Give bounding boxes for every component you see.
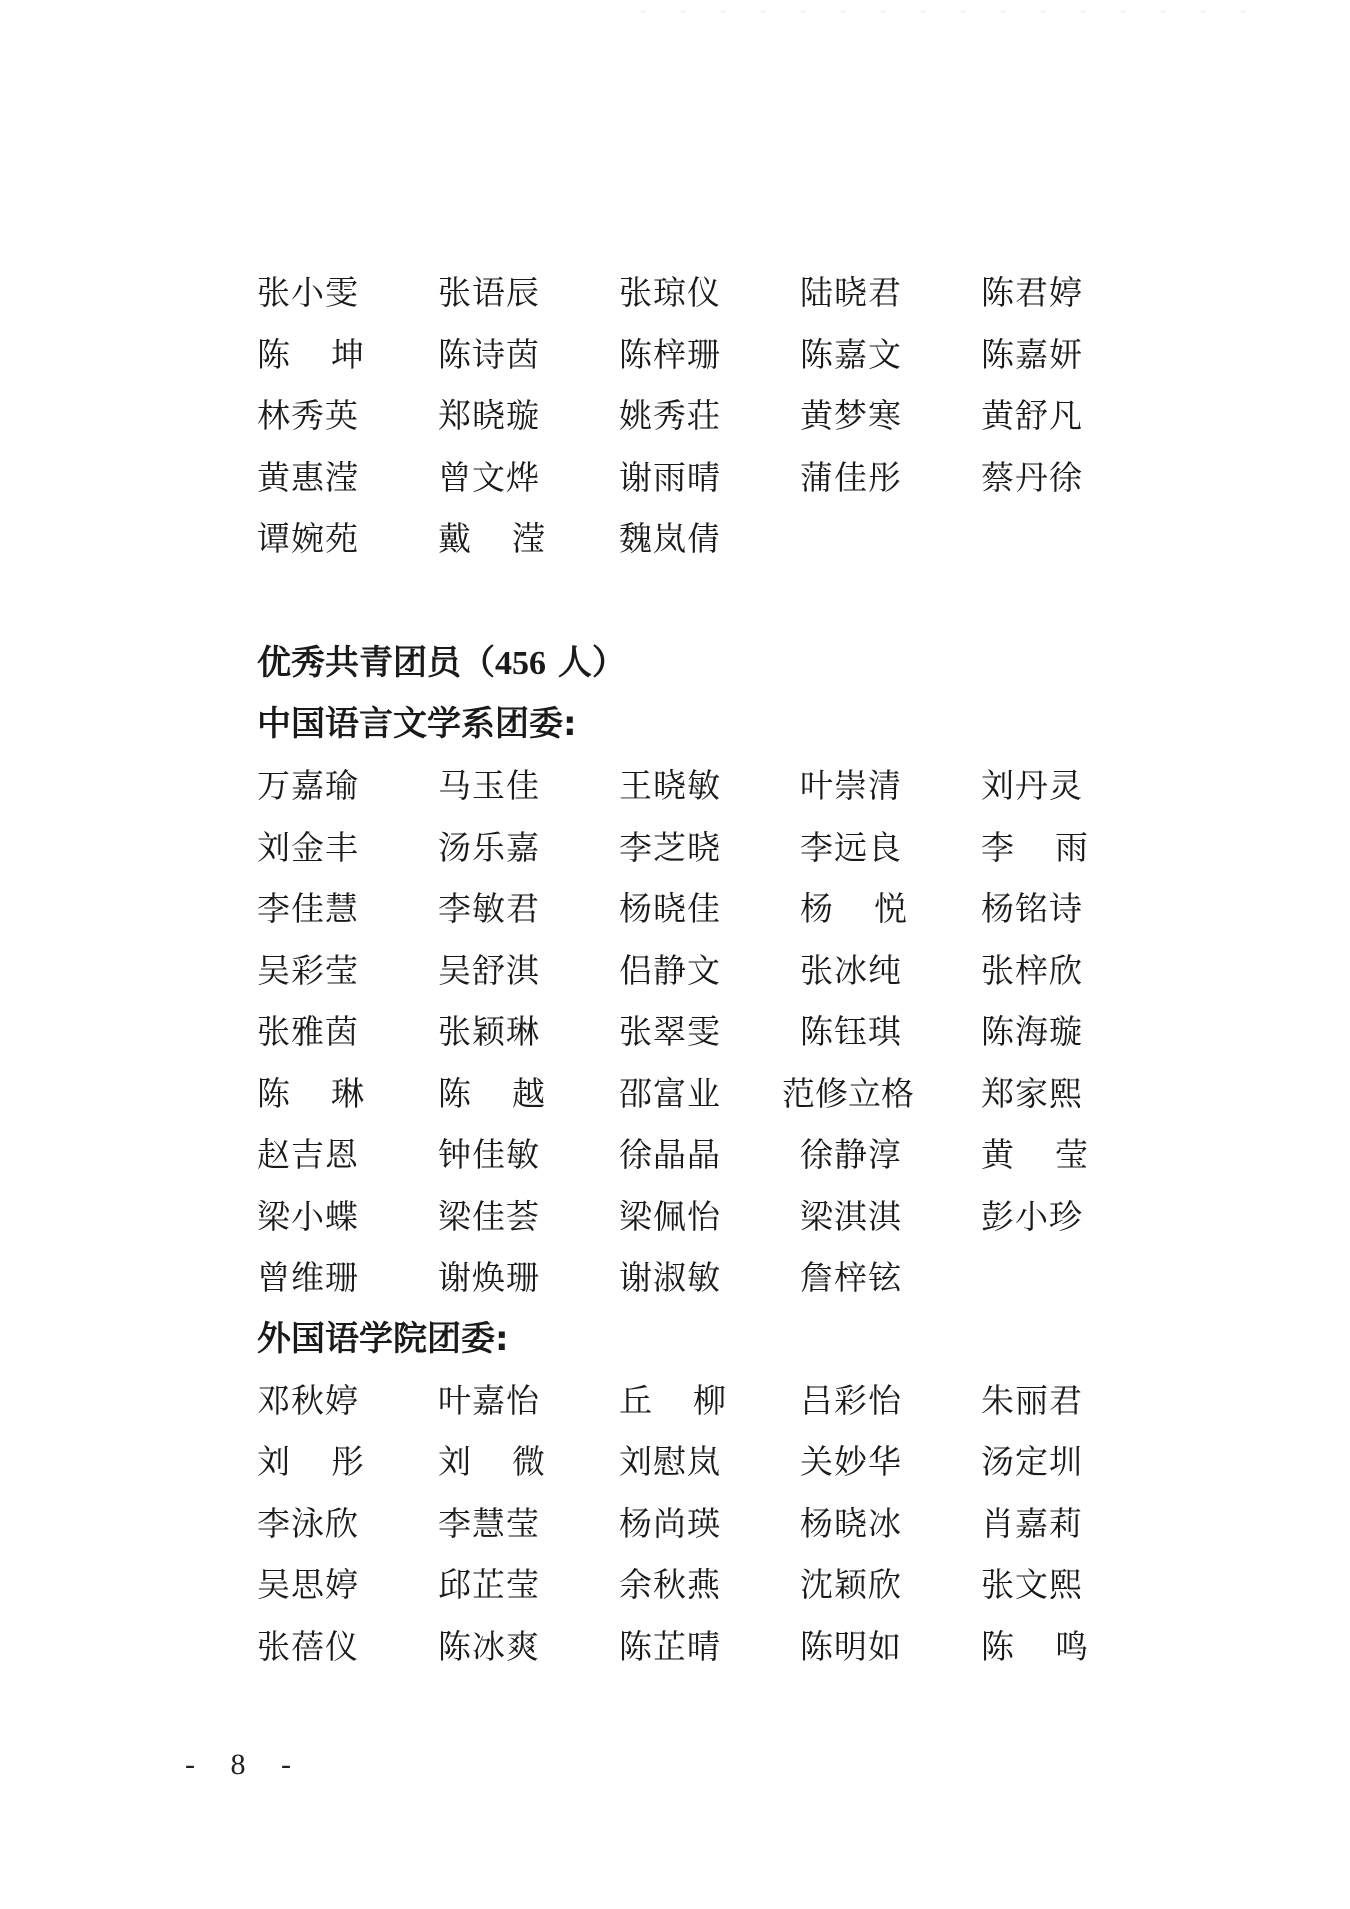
name-entry: 黄莹	[981, 1124, 1089, 1186]
empty-cell	[981, 1247, 1162, 1309]
name-entry: 黄舒凡	[981, 385, 1162, 447]
name-entry: 杨晓冰	[800, 1493, 981, 1555]
section-title-prefix: 优秀共青团员（	[257, 643, 495, 683]
name-entry: 曾维珊	[257, 1247, 438, 1309]
name-entry: 张蓓仪	[257, 1616, 438, 1678]
name-entry: 范修立格	[782, 1063, 981, 1125]
name-entry: 邵富业	[619, 1063, 800, 1125]
name-entry: 谢淑敏	[619, 1247, 800, 1309]
name-entry: 张梓欣	[981, 940, 1162, 1002]
name-entry: 张语辰	[438, 262, 619, 324]
name-char: 李	[981, 817, 1015, 879]
name-char: 杨	[800, 878, 834, 940]
name-char: 刘	[438, 1431, 472, 1493]
name-entry: 邓秋婷	[257, 1370, 438, 1432]
name-char: 鸣	[1055, 1616, 1089, 1678]
name-entry: 陈诗茵	[438, 324, 619, 386]
name-entry: 沈颖欣	[800, 1554, 981, 1616]
name-entry: 林秀英	[257, 385, 438, 447]
name-entry: 陈明如	[800, 1616, 981, 1678]
name-entry: 陈嘉文	[800, 324, 981, 386]
name-entry: 戴滢	[438, 508, 546, 570]
name-char: 悦	[874, 878, 908, 940]
name-char: 陈	[438, 1063, 472, 1125]
name-entry: 谢焕珊	[438, 1247, 619, 1309]
name-entry: 陈梓珊	[619, 324, 800, 386]
name-entry: 汤乐嘉	[438, 817, 619, 879]
name-entry: 李慧莹	[438, 1493, 619, 1555]
name-entry: 蔡丹徐	[981, 447, 1162, 509]
name-entry: 吴思婷	[257, 1554, 438, 1616]
name-char: 陈	[257, 1063, 291, 1125]
name-char: 黄	[981, 1124, 1015, 1186]
empty-cell	[800, 508, 981, 570]
empty-cell	[981, 508, 1162, 570]
name-entry: 马玉佳	[438, 755, 619, 817]
name-entry: 杨尚瑛	[619, 1493, 800, 1555]
name-entry: 黄梦寒	[800, 385, 981, 447]
name-entry: 郑晓璇	[438, 385, 619, 447]
name-entry: 梁淇淇	[800, 1186, 981, 1248]
scan-artifact	[640, 10, 1280, 13]
name-entry: 李敏君	[438, 878, 619, 940]
name-entry: 李芝晓	[619, 817, 800, 879]
name-entry: 陈君婷	[981, 262, 1162, 324]
name-char: 雨	[1055, 817, 1089, 879]
name-entry: 彭小珍	[981, 1186, 1162, 1248]
name-entry: 曾文烨	[438, 447, 619, 509]
name-entry: 李泳欣	[257, 1493, 438, 1555]
name-entry: 叶嘉怡	[438, 1370, 619, 1432]
name-char: 莹	[1055, 1124, 1089, 1186]
name-entry: 刘慰岚	[619, 1431, 800, 1493]
name-grid-foreign-lang: 邓秋婷叶嘉怡丘柳吕彩怡朱丽君刘彤刘微刘慰岚关妙华汤定圳李泳欣李慧莹杨尚瑛杨晓冰肖…	[257, 1370, 1117, 1678]
group-title: 外国语学院团委:	[257, 1309, 1117, 1370]
name-entry: 谢雨晴	[619, 447, 800, 509]
name-char: 琳	[331, 1063, 365, 1125]
name-entry: 陈鸣	[981, 1616, 1089, 1678]
name-entry: 刘金丰	[257, 817, 438, 879]
name-char: 丘	[619, 1370, 653, 1432]
name-entry: 魏岚倩	[619, 508, 800, 570]
name-entry: 侣静文	[619, 940, 800, 1002]
name-char: 越	[512, 1063, 546, 1125]
name-grid: 张小雯张语辰张琼仪陆晓君陈君婷陈坤陈诗茵陈梓珊陈嘉文陈嘉妍林秀英郑晓璇姚秀荘黄梦…	[257, 262, 1117, 570]
name-entry: 肖嘉莉	[981, 1493, 1162, 1555]
name-entry: 郑家熙	[981, 1063, 1162, 1125]
name-entry: 梁佳荟	[438, 1186, 619, 1248]
name-entry: 吴舒淇	[438, 940, 619, 1002]
name-entry: 张雅茵	[257, 1001, 438, 1063]
name-char: 彤	[331, 1431, 365, 1493]
name-entry: 谭婉苑	[257, 508, 438, 570]
name-entry: 邱芷莹	[438, 1554, 619, 1616]
name-entry: 余秋燕	[619, 1554, 800, 1616]
name-entry: 姚秀荘	[619, 385, 800, 447]
name-entry: 李佳慧	[257, 878, 438, 940]
group-title: 中国语言文学系团委:	[257, 694, 1117, 755]
section-outstanding-members: 优秀共青团员（456 人） 中国语言文学系团委: 万嘉瑜马玉佳王晓敏叶崇清刘丹灵…	[257, 633, 1117, 1677]
name-entry: 陈越	[438, 1063, 546, 1125]
name-entry: 徐静淳	[800, 1124, 981, 1186]
name-entry: 吕彩怡	[800, 1370, 981, 1432]
name-entry: 叶崇清	[800, 755, 981, 817]
document-page: 张小雯张语辰张琼仪陆晓君陈君婷陈坤陈诗茵陈梓珊陈嘉文陈嘉妍林秀英郑晓璇姚秀荘黄梦…	[0, 0, 1350, 1909]
name-char: 坤	[331, 324, 365, 386]
name-entry: 杨铭诗	[981, 878, 1162, 940]
continued-name-list: 张小雯张语辰张琼仪陆晓君陈君婷陈坤陈诗茵陈梓珊陈嘉文陈嘉妍林秀英郑晓璇姚秀荘黄梦…	[257, 262, 1117, 570]
name-entry: 吴彩莹	[257, 940, 438, 1002]
name-entry: 张文熙	[981, 1554, 1162, 1616]
name-entry: 万嘉瑜	[257, 755, 438, 817]
name-char: 刘	[257, 1431, 291, 1493]
name-entry: 陈海璇	[981, 1001, 1162, 1063]
name-char: 陈	[981, 1616, 1015, 1678]
name-entry: 刘彤	[257, 1431, 365, 1493]
name-grid-chinese-dept: 万嘉瑜马玉佳王晓敏叶崇清刘丹灵刘金丰汤乐嘉李芝晓李远良李雨李佳慧李敏君杨晓佳杨悦…	[257, 755, 1117, 1309]
name-char: 陈	[257, 324, 291, 386]
name-entry: 陈坤	[257, 324, 365, 386]
name-entry: 关妙华	[800, 1431, 981, 1493]
name-char: 戴	[438, 508, 472, 570]
name-entry: 赵吉恩	[257, 1124, 438, 1186]
name-entry: 李远良	[800, 817, 981, 879]
name-entry: 张颖琳	[438, 1001, 619, 1063]
name-char: 滢	[512, 508, 546, 570]
name-entry: 张冰纯	[800, 940, 981, 1002]
name-entry: 张翠雯	[619, 1001, 800, 1063]
name-entry: 梁小蝶	[257, 1186, 438, 1248]
name-entry: 陈琳	[257, 1063, 365, 1125]
name-entry: 陈嘉妍	[981, 324, 1162, 386]
page-number: - 8 -	[185, 1748, 305, 1782]
name-entry: 张小雯	[257, 262, 438, 324]
name-entry: 陈冰爽	[438, 1616, 619, 1678]
name-entry: 朱丽君	[981, 1370, 1162, 1432]
name-entry: 徐晶晶	[619, 1124, 800, 1186]
name-entry: 刘微	[438, 1431, 546, 1493]
name-char: 微	[512, 1431, 546, 1493]
name-entry: 钟佳敏	[438, 1124, 619, 1186]
name-entry: 李雨	[981, 817, 1089, 879]
name-entry: 刘丹灵	[981, 755, 1162, 817]
name-entry: 丘柳	[619, 1370, 727, 1432]
name-entry: 陈钰琪	[800, 1001, 981, 1063]
name-entry: 杨悦	[800, 878, 908, 940]
name-entry: 蒲佳彤	[800, 447, 981, 509]
name-entry: 黄惠滢	[257, 447, 438, 509]
name-entry: 詹梓铉	[800, 1247, 981, 1309]
name-entry: 杨晓佳	[619, 878, 800, 940]
name-entry: 王晓敏	[619, 755, 800, 817]
name-entry: 陈芷晴	[619, 1616, 800, 1678]
name-entry: 张琼仪	[619, 262, 800, 324]
name-entry: 汤定圳	[981, 1431, 1162, 1493]
name-char: 柳	[693, 1370, 727, 1432]
section-title-suffix: 人）	[546, 643, 626, 683]
member-count: 456	[495, 645, 546, 682]
name-entry: 陆晓君	[800, 262, 981, 324]
section-title: 优秀共青团员（456 人）	[257, 633, 1117, 694]
name-entry: 梁佩怡	[619, 1186, 800, 1248]
